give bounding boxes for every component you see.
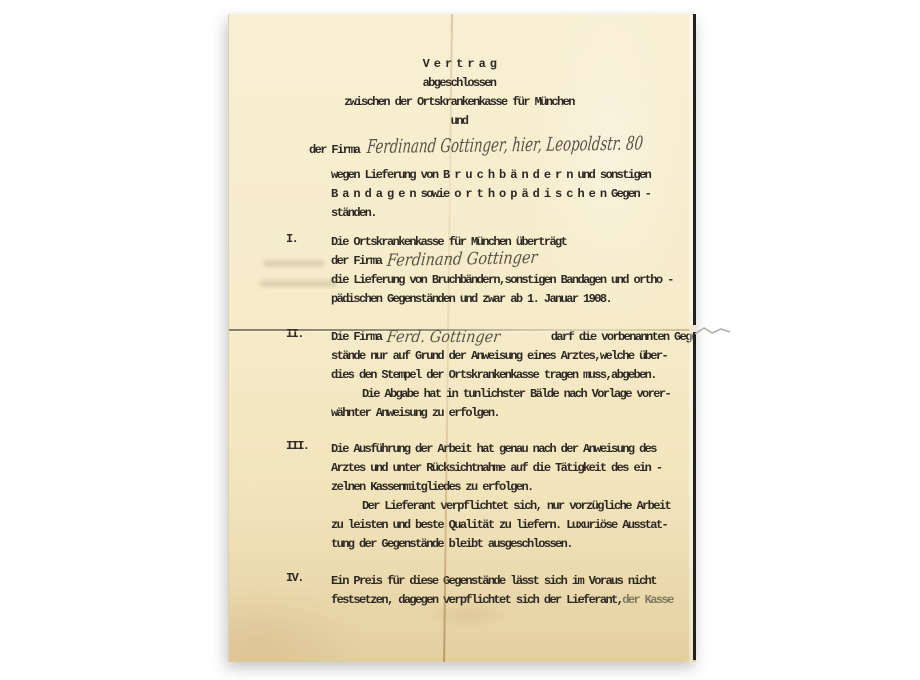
document-title: V e r t r a g — [229, 57, 689, 76]
subject-line: ständen. — [331, 206, 650, 225]
typed-text: Die Firma — [331, 330, 387, 344]
typed-text: Die Ortskrankenkasse für München überträ… — [331, 235, 566, 249]
typed-text: stände nur auf Grund der Anweisung eines… — [331, 349, 667, 363]
contract-line: Arztes und unter Rücksichtnahme auf die … — [331, 458, 688, 477]
firma-label: der Firma — [309, 143, 359, 157]
contract-line: der Firma Ferdinand Gottinger — [331, 251, 688, 270]
tear-mark — [694, 325, 734, 339]
handwritten-firm-name: Ferdinand Gottinger, hier, Leopoldstr. 8… — [366, 133, 644, 158]
contract-line: zu leisten und beste Qualität zu liefern… — [331, 515, 688, 534]
header-subtitle: abgeschlossen — [229, 76, 689, 95]
typed-text: Die Ausführung der Arbeit hat genau nach… — [331, 442, 656, 456]
contract-line: wähnter Anweisung zu erfolgen. — [331, 403, 688, 422]
ink-bleed-smudge — [263, 260, 325, 267]
header-parties: zwischen der Ortskrankenkasse für Münche… — [229, 95, 689, 114]
typed-text: tung der Gegenstände bleibt ausgeschloss… — [331, 537, 572, 551]
typed-text: der Kasse — [622, 593, 672, 607]
contract-line: pädischen Gegenständen und zwar ab 1. Ja… — [331, 289, 688, 308]
contract-line: Die Firma Ferd. Gottingerdarf die vorben… — [331, 327, 688, 346]
typed-text: Ein Preis für diese Gegenstände lässt si… — [331, 574, 656, 588]
section-numeral: I. — [286, 232, 297, 246]
contract-line: stände nur auf Grund der Anweisung eines… — [331, 346, 688, 365]
typed-text: zelnen Kassenmitgliedes zu erfolgen. — [331, 480, 533, 494]
subject-line: wegen Lieferung von B r u c h b ä n d e … — [331, 168, 650, 187]
typed-text: die Lieferung von Bruchbändern,sonstigen… — [331, 273, 673, 287]
scan-backdrop: V e r t r a g abgeschlossen zwischen der… — [0, 0, 920, 680]
ink-bleed-smudge — [259, 280, 337, 287]
typed-text: zu leisten und beste Qualität zu liefern… — [331, 518, 667, 532]
subject-clause: wegen Lieferung von B r u c h b ä n d e … — [331, 168, 650, 225]
contract-line: Der Lieferant verpflichtet sich, nur vor… — [331, 496, 688, 515]
contract-section-iii: III.Die Ausführung der Arbeit hat genau … — [229, 439, 688, 553]
contract-page: V e r t r a g abgeschlossen zwischen der… — [228, 14, 696, 662]
section-numeral: II. — [286, 327, 303, 341]
section-numeral: III. — [286, 439, 308, 453]
subject-line: B a n d a g e n sowie o r t h o p ä d i … — [331, 187, 650, 206]
typed-text: Arztes und unter Rücksichtnahme auf die … — [331, 461, 661, 475]
typed-text: festsetzen, dagegen verpflichtet sich de… — [331, 593, 622, 607]
firma-line: der FirmaFerdinand Gottinger, hier, Leop… — [309, 136, 696, 158]
handwritten-firm-name: Ferd. Gottinger — [386, 327, 502, 346]
typed-text: pädischen Gegenständen und zwar ab 1. Ja… — [331, 292, 611, 306]
contract-section-ii: II.Die Firma Ferd. Gottingerdarf die vor… — [229, 327, 688, 422]
typed-text: wähnter Anweisung zu erfolgen. — [331, 406, 499, 420]
typed-text: darf die vorbenannten Gegen - — [551, 330, 696, 344]
contract-line: dies den Stempel der Ortskrankenkasse tr… — [331, 365, 688, 384]
contract-line: Ein Preis für diese Gegenstände lässt si… — [331, 571, 688, 590]
contract-line: Die Abgabe hat in tunlichster Bälde nach… — [331, 384, 688, 403]
section-numeral: IV. — [286, 571, 303, 585]
typed-text: der Firma — [331, 254, 387, 268]
contract-section-i: I.Die Ortskrankenkasse für München übert… — [229, 232, 688, 308]
contract-line: tung der Gegenstände bleibt ausgeschloss… — [331, 534, 688, 553]
contract-line: die Lieferung von Bruchbändern,sonstigen… — [331, 270, 688, 289]
header-conjunction: und — [229, 114, 689, 133]
contract-line: festsetzen, dagegen verpflichtet sich de… — [331, 590, 688, 609]
typed-text: dies den Stempel der Ortskrankenkasse tr… — [331, 368, 656, 382]
contract-line: zelnen Kassenmitgliedes zu erfolgen. — [331, 477, 688, 496]
document-header: V e r t r a g abgeschlossen zwischen der… — [229, 57, 689, 133]
typed-text: Der Lieferant verpflichtet sich, nur vor… — [362, 499, 670, 513]
typed-text: Die Abgabe hat in tunlichster Bälde nach… — [362, 387, 670, 401]
handwritten-firm-name: Ferdinand Gottinger — [386, 248, 539, 271]
contract-section-iv: IV.Ein Preis für diese Gegenstände lässt… — [229, 571, 688, 609]
contract-line: Die Ausführung der Arbeit hat genau nach… — [331, 439, 688, 458]
